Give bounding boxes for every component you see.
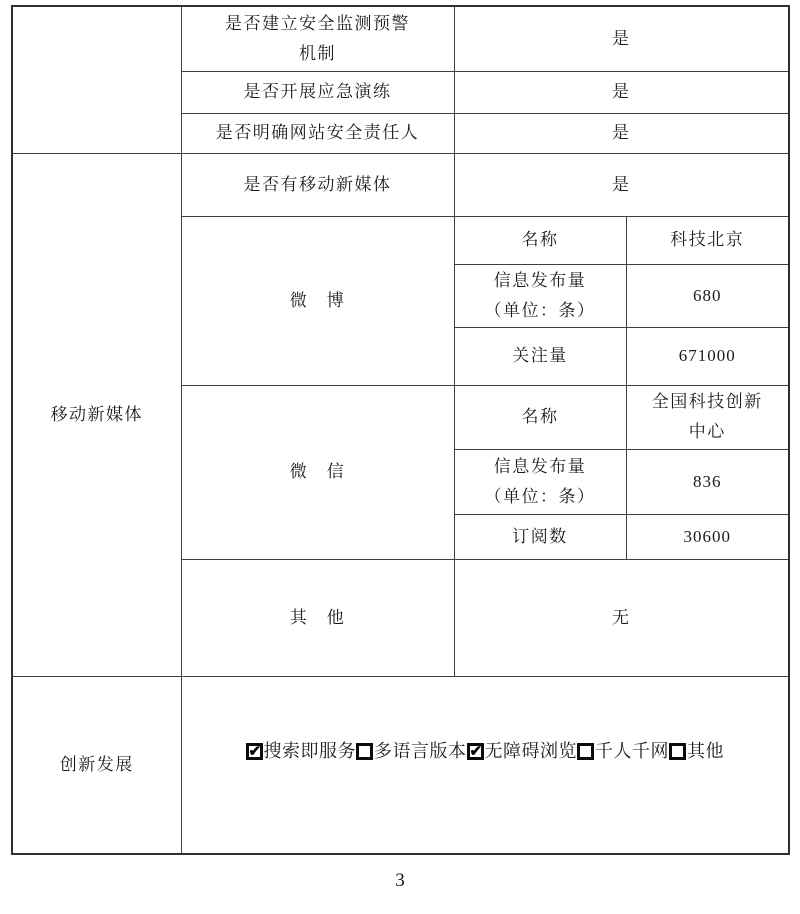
checkbox-icon[interactable]	[246, 743, 263, 760]
weibo-name-field: 名称	[454, 216, 626, 264]
page-number: 3	[0, 870, 800, 892]
checkbox-label: 无障碍浏览	[485, 741, 578, 761]
checkbox-icon[interactable]	[356, 743, 373, 760]
wechat-subscribers-value: 30600	[626, 514, 789, 559]
checkbox-icon[interactable]	[669, 743, 686, 760]
weibo-label: 微 博	[181, 216, 454, 385]
question-security-responsible-person: 是否明确网站安全责任人	[181, 113, 454, 153]
innovation-options-cell: 搜索即服务多语言版本无障碍浏览千人千网其他	[181, 676, 789, 854]
wechat-name-field: 名称	[454, 385, 626, 449]
wechat-name-value: 全国科技创新 中心	[626, 385, 789, 449]
table-row: 移动新媒体 是否有移动新媒体 是	[12, 153, 789, 216]
option-personalization: 千人千网	[577, 736, 669, 766]
checkbox-icon[interactable]	[467, 743, 484, 760]
question-security-monitoring: 是否建立安全监测预警 机制	[181, 6, 454, 71]
question-emergency-drill: 是否开展应急演练	[181, 71, 454, 113]
other-media-label: 其 他	[181, 559, 454, 676]
checkbox-label: 搜索即服务	[264, 741, 357, 761]
innovation-options-line: 搜索即服务多语言版本无障碍浏览千人千网其他	[188, 736, 783, 766]
checkbox-label: 多语言版本	[374, 741, 467, 761]
checkbox-icon[interactable]	[577, 743, 594, 760]
wechat-subscribers-field: 订阅数	[454, 514, 626, 559]
wechat-posts-field: 信息发布量 （单位：条）	[454, 449, 626, 514]
option-multilingual: 多语言版本	[356, 736, 467, 766]
table-row: 是否建立安全监测预警 机制 是	[12, 6, 789, 71]
section-label-innovation: 创新发展	[12, 676, 181, 854]
question-has-mobile-media: 是否有移动新媒体	[181, 153, 454, 216]
checkbox-label: 其他	[687, 741, 724, 761]
answer-security-monitoring: 是	[454, 6, 789, 71]
answer-emergency-drill: 是	[454, 71, 789, 113]
annual-report-table: 是否建立安全监测预警 机制 是 是否开展应急演练 是 是否明确网站安全责任人 是…	[11, 5, 790, 855]
other-media-value: 无	[454, 559, 789, 676]
weibo-posts-field: 信息发布量 （单位：条）	[454, 264, 626, 327]
option-accessibility: 无障碍浏览	[467, 736, 578, 766]
answer-security-responsible-person: 是	[454, 113, 789, 153]
option-other: 其他	[669, 736, 724, 766]
option-search-as-service: 搜索即服务	[246, 736, 357, 766]
wechat-posts-value: 836	[626, 449, 789, 514]
document-page: 是否建立安全监测预警 机制 是 是否开展应急演练 是 是否明确网站安全责任人 是…	[0, 0, 800, 914]
section-label-empty	[12, 6, 181, 153]
table-row: 创新发展 搜索即服务多语言版本无障碍浏览千人千网其他	[12, 676, 789, 854]
checkbox-label: 千人千网	[595, 741, 669, 761]
answer-has-mobile-media: 是	[454, 153, 789, 216]
weibo-followers-field: 关注量	[454, 327, 626, 385]
wechat-label: 微 信	[181, 385, 454, 559]
weibo-name-value: 科技北京	[626, 216, 789, 264]
weibo-followers-value: 671000	[626, 327, 789, 385]
section-label-mobile-media: 移动新媒体	[12, 153, 181, 676]
weibo-posts-value: 680	[626, 264, 789, 327]
